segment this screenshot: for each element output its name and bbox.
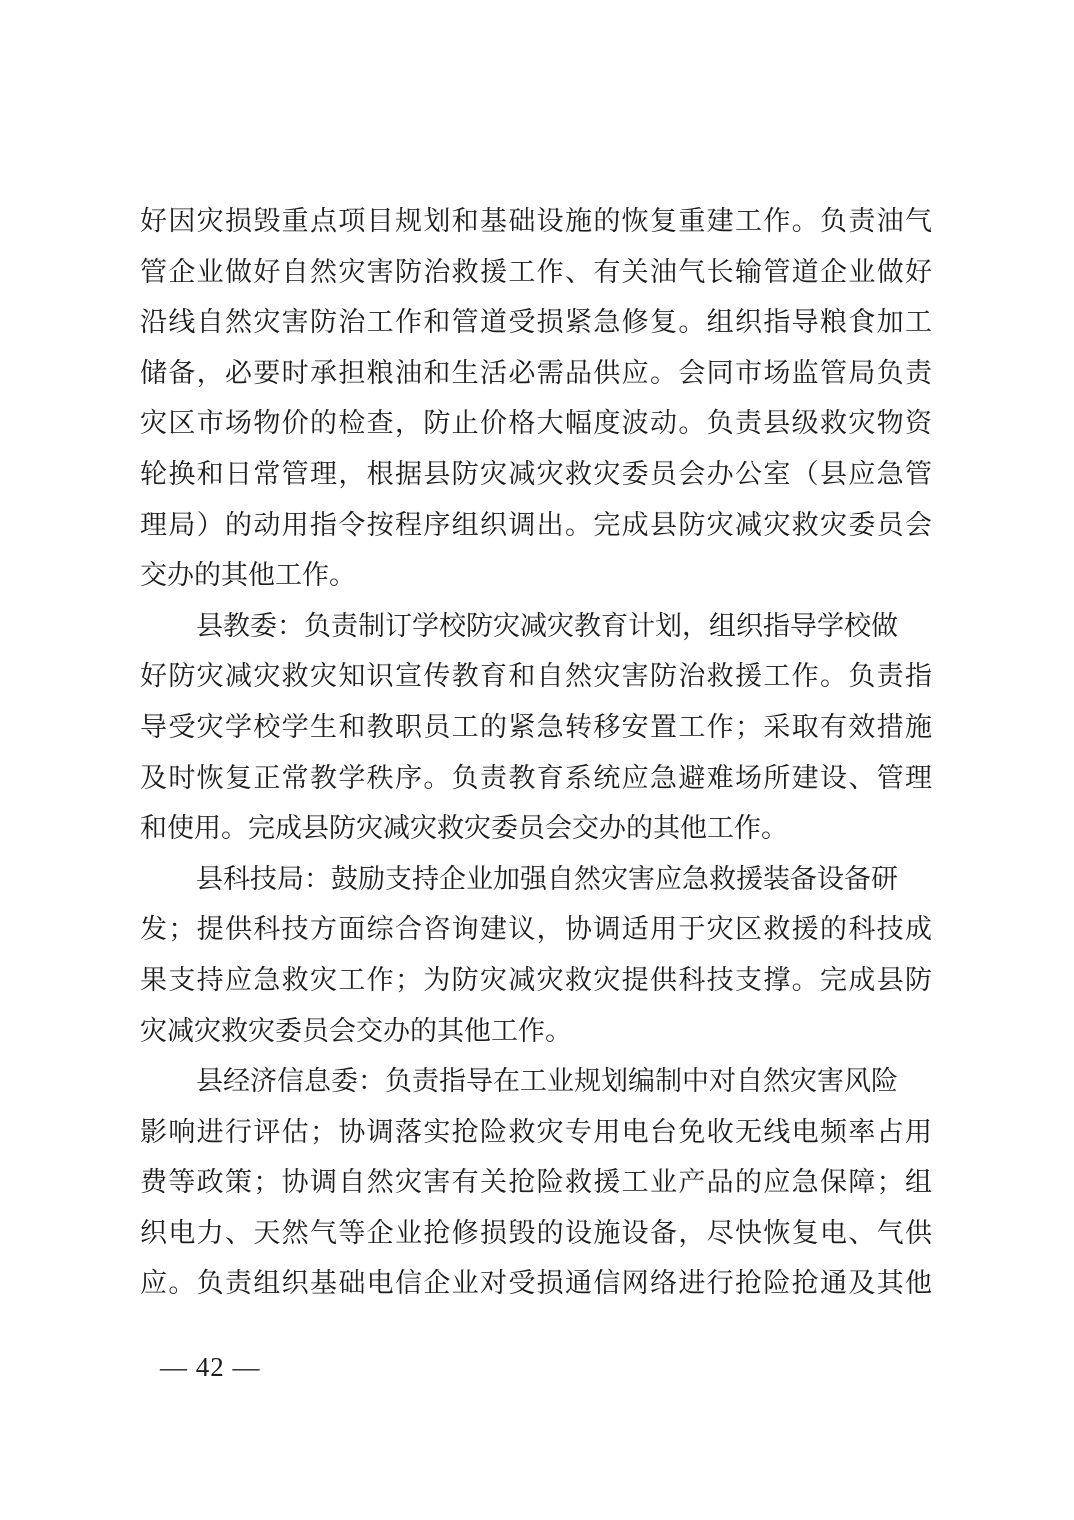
text-line: 储备，必要时承担粮油和生活必需品供应。会同市场监管局负责 xyxy=(140,348,932,399)
page-number: — 42 — xyxy=(160,1352,261,1383)
paragraph: 县经济信息委：负责指导在工业规划编制中对自然灾害风险影响进行评估；协调落实抢险救… xyxy=(140,1056,932,1309)
text-line: 县教委：负责制订学校防灾减灾教育计划，组织指导学校做 xyxy=(140,601,932,652)
text-line: 果支持应急救灾工作；为防灾减灾救灾提供科技支撑。完成县防 xyxy=(140,955,932,1006)
paragraph: 县教委：负责制订学校防灾减灾教育计划，组织指导学校做好防灾减灾救灾知识宣传教育和… xyxy=(140,601,932,854)
text-line: 理局）的动用指令按程序组织调出。完成县防灾减灾救灾委员会 xyxy=(140,500,932,551)
text-line: 发；提供科技方面综合咨询建议，协调适用于灾区救援的科技成 xyxy=(140,904,932,955)
text-line: 织电力、天然气等企业抢修损毁的设施设备，尽快恢复电、气供 xyxy=(140,1208,932,1259)
text-line: 县经济信息委：负责指导在工业规划编制中对自然灾害风险 xyxy=(140,1056,932,1107)
text-line: 管企业做好自然灾害防治救援工作、有关油气长输管道企业做好 xyxy=(140,247,932,298)
document-page: 好因灾损毁重点项目规划和基础设施的恢复重建工作。负责油气管企业做好自然灾害防治救… xyxy=(0,0,1074,1520)
text-line: 县科技局：鼓励支持企业加强自然灾害应急救援装备设备研 xyxy=(140,854,932,905)
text-line: 及时恢复正常教学秩序。负责教育系统应急避难场所建设、管理 xyxy=(140,753,932,804)
paragraph: 好因灾损毁重点项目规划和基础设施的恢复重建工作。负责油气管企业做好自然灾害防治救… xyxy=(140,196,932,601)
text-line: 和使用。完成县防灾减灾救灾委员会交办的其他工作。 xyxy=(140,803,932,854)
paragraph: 县科技局：鼓励支持企业加强自然灾害应急救援装备设备研发；提供科技方面综合咨询建议… xyxy=(140,854,932,1056)
text-line: 费等政策；协调自然灾害有关抢险救援工业产品的应急保障；组 xyxy=(140,1157,932,1208)
text-line: 好因灾损毁重点项目规划和基础设施的恢复重建工作。负责油气 xyxy=(140,196,932,247)
document-body: 好因灾损毁重点项目规划和基础设施的恢复重建工作。负责油气管企业做好自然灾害防治救… xyxy=(140,196,932,1309)
text-line: 轮换和日常管理，根据县防灾减灾救灾委员会办公室（县应急管 xyxy=(140,449,932,500)
text-line: 好防灾减灾救灾知识宣传教育和自然灾害防治救援工作。负责指 xyxy=(140,651,932,702)
text-line: 应。负责组织基础电信企业对受损通信网络进行抢险抢通及其他 xyxy=(140,1258,932,1309)
text-line: 灾区市场物价的检查，防止价格大幅度波动。负责县级救灾物资 xyxy=(140,398,932,449)
text-line: 沿线自然灾害防治工作和管道受损紧急修复。组织指导粮食加工 xyxy=(140,297,932,348)
text-line: 导受灾学校学生和教职员工的紧急转移安置工作；采取有效措施 xyxy=(140,702,932,753)
text-line: 影响进行评估；协调落实抢险救灾专用电台免收无线电频率占用 xyxy=(140,1107,932,1158)
text-line: 灾减灾救灾委员会交办的其他工作。 xyxy=(140,1006,932,1057)
text-line: 交办的其他工作。 xyxy=(140,550,932,601)
